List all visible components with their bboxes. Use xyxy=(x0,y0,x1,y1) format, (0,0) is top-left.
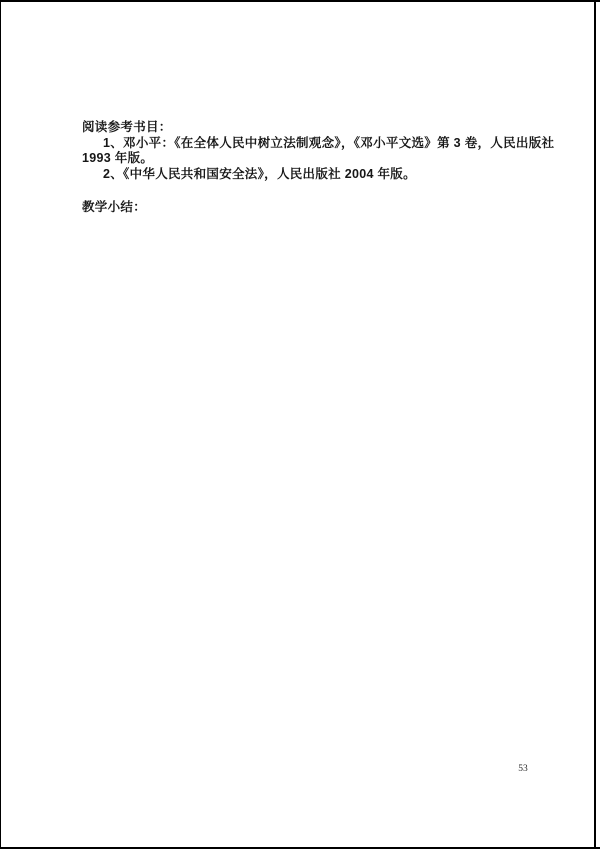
document-page: 阅读参考书目： 1、邓小平：《在全体人民中树立法制观念》，《邓小平文选》第 3 … xyxy=(0,0,600,849)
reading-list-heading: 阅读参考书目： xyxy=(82,120,540,136)
scan-border-left xyxy=(0,0,1,849)
scan-border-top xyxy=(0,0,600,2)
reference-line-1-continued: 1993 年版。 xyxy=(82,151,540,167)
scan-border-right xyxy=(594,0,596,849)
page-number: 53 xyxy=(508,764,538,774)
reference-line-2: 2、《中华人民共和国安全法》，人民出版社 2004 年版。 xyxy=(82,167,540,183)
reference-line-1: 1、邓小平：《在全体人民中树立法制观念》，《邓小平文选》第 3 卷，人民出版社 xyxy=(82,136,540,152)
summary-heading: 教学小结： xyxy=(82,200,540,216)
text-block: 阅读参考书目： 1、邓小平：《在全体人民中树立法制观念》，《邓小平文选》第 3 … xyxy=(82,120,540,216)
